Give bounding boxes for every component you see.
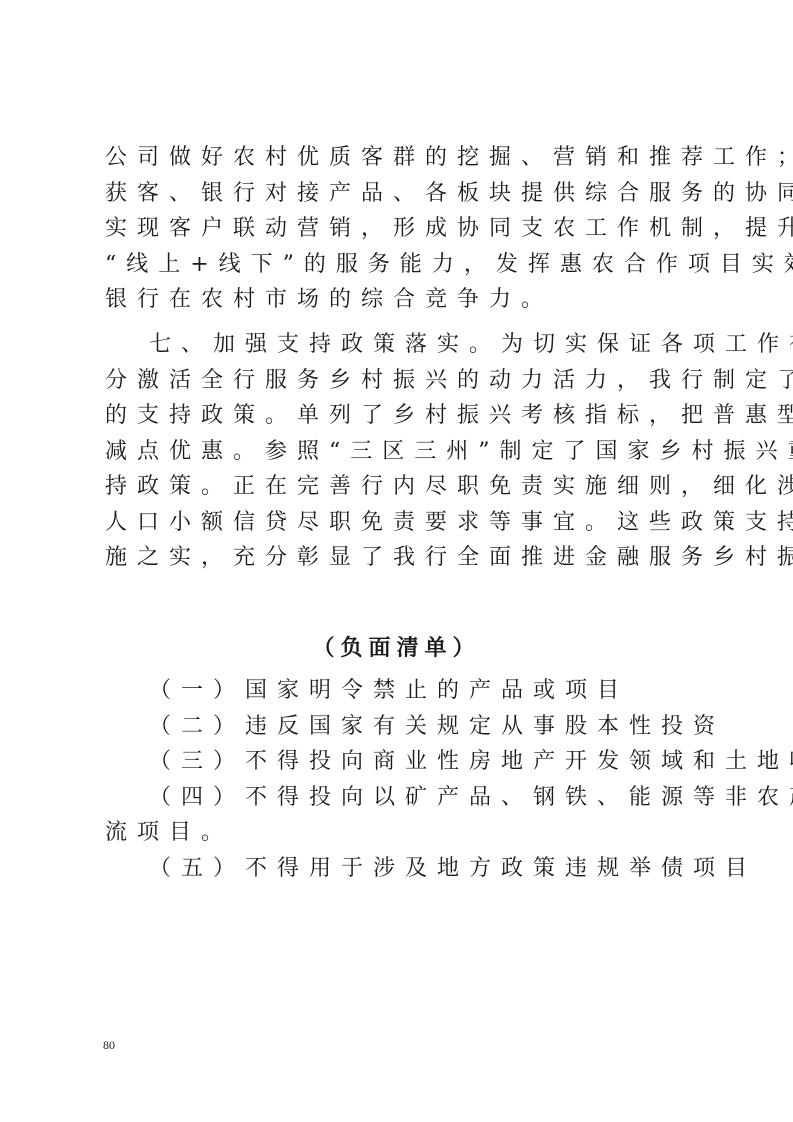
list-item: （三）不得投向商业性房地产开发领域和土地收储领域 — [105, 744, 695, 780]
page-number: 80 — [103, 1038, 115, 1053]
paragraph-continued: 公司做好农村优质客群的挖掘、营销和推荐工作；推广邮政推荐 获客、银行对接产品、各… — [105, 140, 695, 318]
list-item: （四）不得投向以矿产品、钢铁、能源等非农产品立项的物 — [105, 780, 695, 816]
list-item: （五）不得用于涉及地方政策违规举债项目 — [105, 851, 695, 887]
text-line: 实现客户联动营销，形成协同支农工作机制，提升“数据+科技”、 — [105, 211, 695, 247]
text-line: 七、加强支持政策落实。为切实保证各项工作有力推进，充 — [105, 327, 695, 363]
text-line: 施之实，充分彰显了我行全面推进金融服务乡村振兴工作的决心。 — [105, 540, 695, 576]
negative-list-heading: （负面清单） — [0, 630, 793, 666]
text-line: 减点优惠。参照“三区三州”制定了国家乡村振兴重点帮扶县支 — [105, 434, 695, 470]
text-line: 公司做好农村优质客群的挖掘、营销和推荐工作；推广邮政推荐 — [105, 140, 695, 176]
text-line: 的支持政策。单列了乡村振兴考核指标，把普惠型涉农贷款 FTP — [105, 398, 695, 434]
text-line: 人口小额信贷尽职免责要求等事宜。这些政策支持力度之大，措 — [105, 505, 695, 541]
list-item: （二）违反国家有关规定从事股本性投资 — [105, 709, 695, 745]
list-item: （一）国家明令禁止的产品或项目 — [105, 673, 695, 709]
text-line: 持政策。正在完善行内尽职免责实施细则，细化涉农贷款和脱贫 — [105, 469, 695, 505]
text-line: 银行在农村市场的综合竞争力。 — [105, 282, 695, 318]
paragraph-seven: 七、加强支持政策落实。为切实保证各项工作有力推进，充 分激活全行服务乡村振兴的动… — [105, 327, 695, 576]
text-line: 获客、银行对接产品、各板块提供综合服务的协同惠农服务模式， — [105, 176, 695, 212]
negative-list: （一）国家明令禁止的产品或项目 （二）违反国家有关规定从事股本性投资 （三）不得… — [105, 673, 695, 886]
text-line: 分激活全行服务乡村振兴的动力活力，我行制定了一揽子强有力 — [105, 363, 695, 399]
document-page: 公司做好农村优质客群的挖掘、营销和推荐工作；推广邮政推荐 获客、银行对接产品、各… — [0, 0, 793, 1122]
list-item-continuation: 流项目。 — [105, 815, 695, 851]
text-line: “线上+线下”的服务能力，发挥惠农合作项目实效，提升邮储 — [105, 247, 695, 283]
